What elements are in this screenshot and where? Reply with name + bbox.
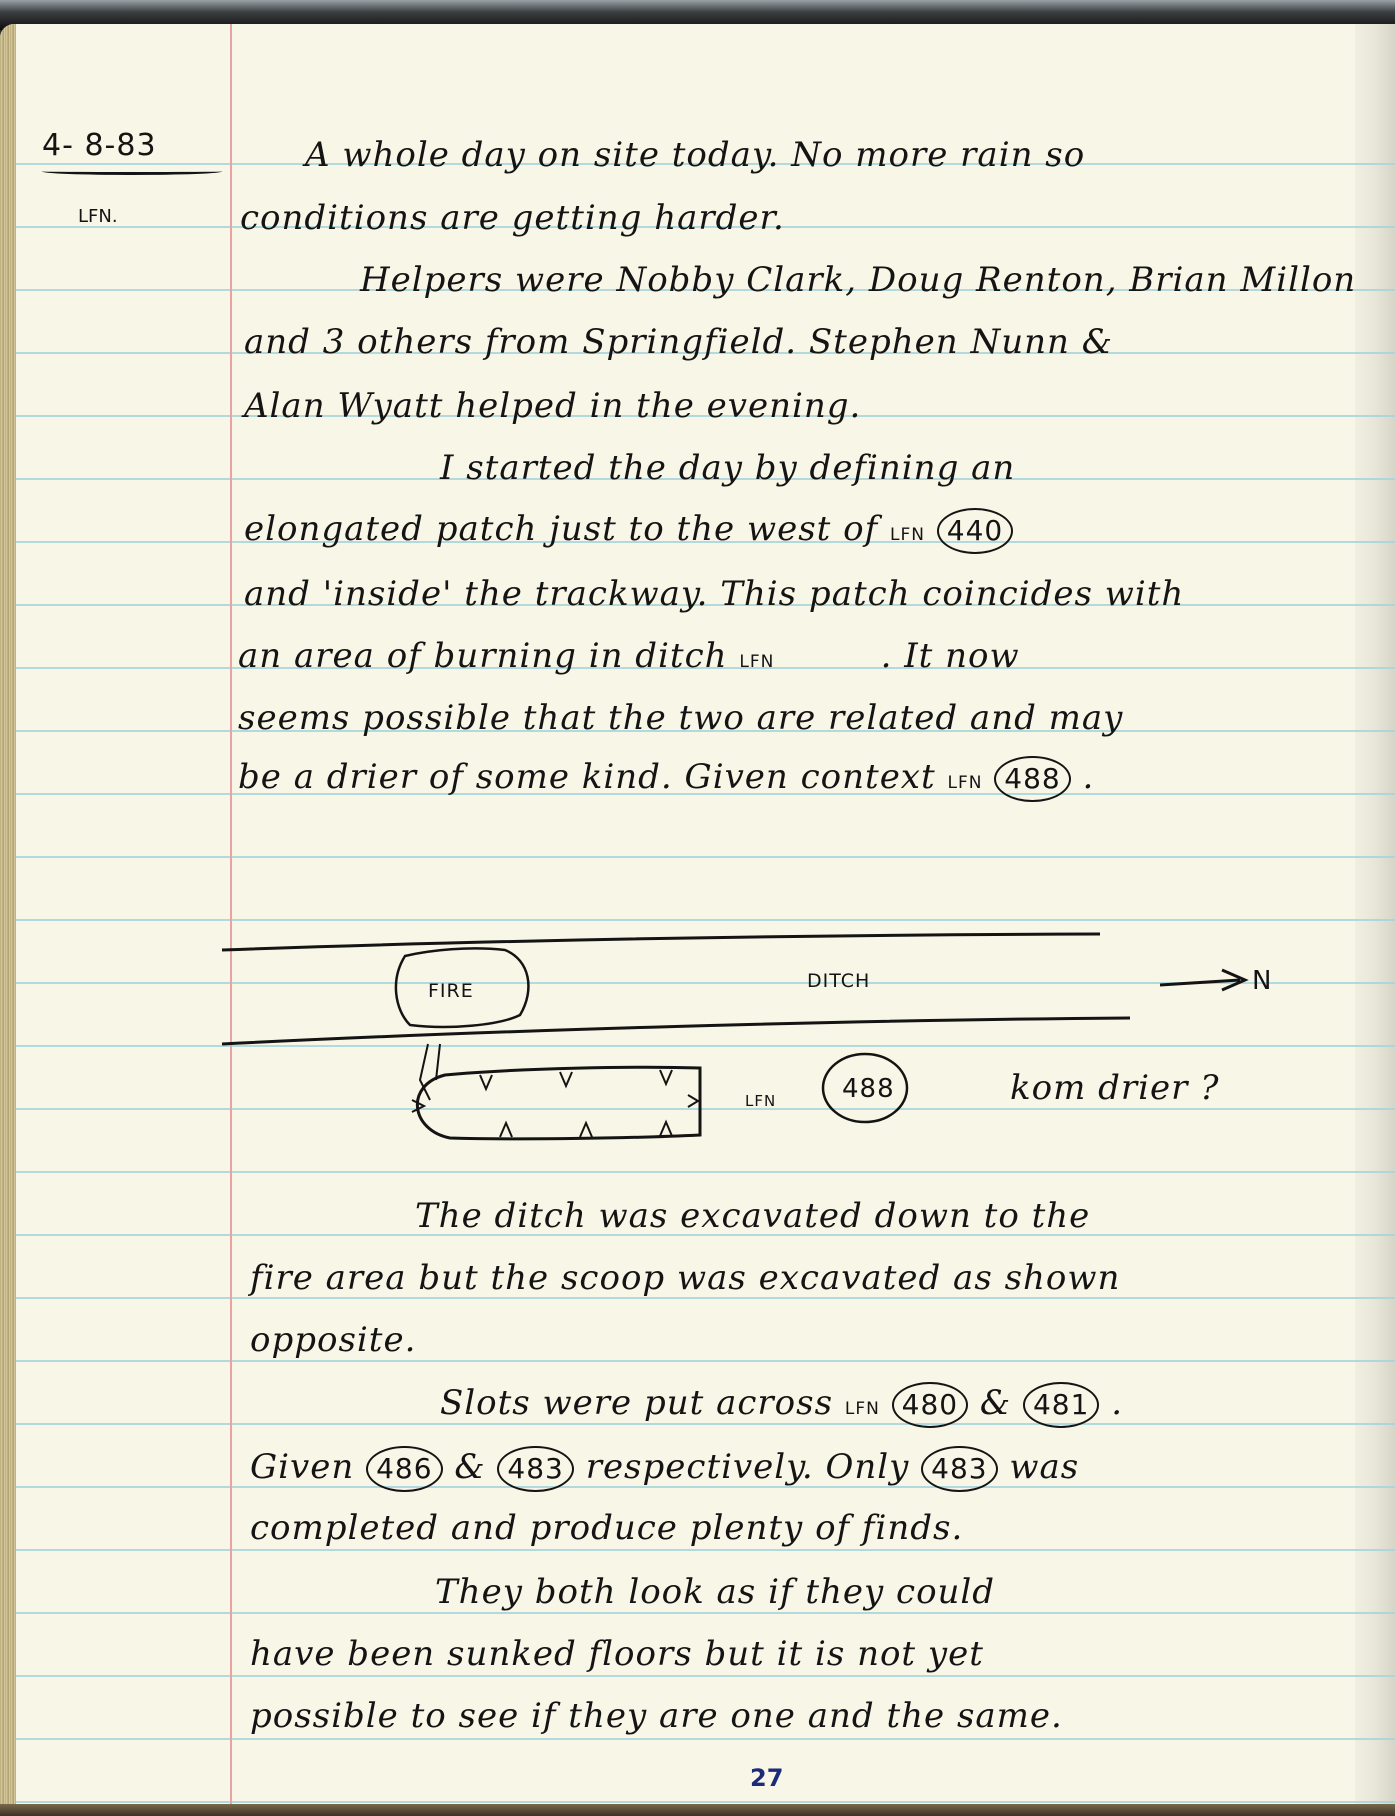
text-line-14: opposite. [250,1320,416,1360]
feature-number-label: 488 [842,1074,895,1104]
context-number-circled: 488 [994,756,1070,802]
text-line-13: fire area but the scoop was excavated as… [250,1258,1120,1298]
text-line-9: an area of burning in ditch LFN . It now [238,636,1020,676]
rule-line [16,1360,1395,1362]
context-number-circled: 440 [937,508,1013,554]
text: an area of burning in ditch [238,636,739,676]
fire-label: FIRE [428,980,474,1002]
text-line-7: elongated patch just to the west of LFN … [244,508,1013,554]
rule-line [16,1675,1395,1677]
text-line-20: possible to see if they are one and the … [250,1696,1063,1736]
rule-line [16,1549,1395,1551]
date-underline [42,168,222,175]
text: . It now [786,636,1019,676]
text: & [980,1383,1023,1423]
context-code: LFN [845,1399,880,1419]
context-number-circled: 481 [1023,1382,1099,1428]
margin-line [230,24,232,1806]
rule-line [16,1045,1395,1047]
page-number: 27 [750,1764,783,1792]
north-label: N [1252,966,1272,996]
text-line-18: They both look as if they could [435,1572,995,1612]
text-line-10: seems possible that the two are related … [238,698,1123,738]
rule-line [16,856,1395,858]
rule-line [16,1801,1395,1803]
ditch-label: DITCH [807,970,870,992]
text-line-2: conditions are getting harder. [240,198,785,238]
rule-line [16,919,1395,921]
context-code: LFN [739,652,774,672]
text: & [454,1447,497,1487]
scan-bottom-edge [0,1804,1395,1816]
text: be a drier of some kind. Given context [238,757,947,797]
context-code: LFN [947,773,982,793]
text: was [1009,1447,1079,1487]
text-line-4: and 3 others from Springfield. Stephen N… [244,322,1113,362]
text: Slots were put across [440,1383,845,1423]
rule-line [16,1171,1395,1173]
rule-line [16,1108,1395,1110]
text-line-15: Slots were put across LFN 480 & 481 . [440,1382,1123,1428]
rule-line [16,1738,1395,1740]
page-edge-right [1355,24,1395,1806]
text-line-12: The ditch was excavated down to the [415,1196,1090,1236]
text-line-6: I started the day by defining an [440,448,1015,488]
text: respectively. Only [586,1447,921,1487]
context-number-circled: 486 [366,1446,442,1492]
text-line-1: A whole day on site today. No more rain … [305,135,1085,175]
context-number-circled: 483 [497,1446,573,1492]
rule-line [16,1612,1395,1614]
site-code: LFN. [78,206,118,227]
feature-code-label: LFN [745,1092,776,1110]
text-line-17: completed and produce plenty of finds. [250,1508,963,1548]
context-number-circled: 480 [892,1382,968,1428]
text-line-11: be a drier of some kind. Given context L… [238,756,1094,802]
text-line-3: Helpers were Nobby Clark, Doug Renton, B… [360,260,1356,300]
text: . [1083,757,1095,797]
entry-date: 4- 8-83 [42,128,157,163]
context-number-circled: 483 [921,1446,997,1492]
text: Given [250,1447,366,1487]
page-edge-left [0,24,16,1806]
feature-caption: kom drier ? [1010,1068,1219,1108]
text-line-19: have been sunked floors but it is not ye… [250,1634,984,1674]
context-code: LFN [890,525,925,545]
text-line-8: and 'inside' the trackway. This patch co… [244,574,1184,614]
text-line-5: Alan Wyatt helped in the evening. [244,386,861,426]
text: . [1111,1383,1123,1423]
text: elongated patch just to the west of [244,509,890,549]
rule-line [16,982,1395,984]
text-line-16: Given 486 & 483 respectively. Only 483 w… [250,1446,1079,1492]
